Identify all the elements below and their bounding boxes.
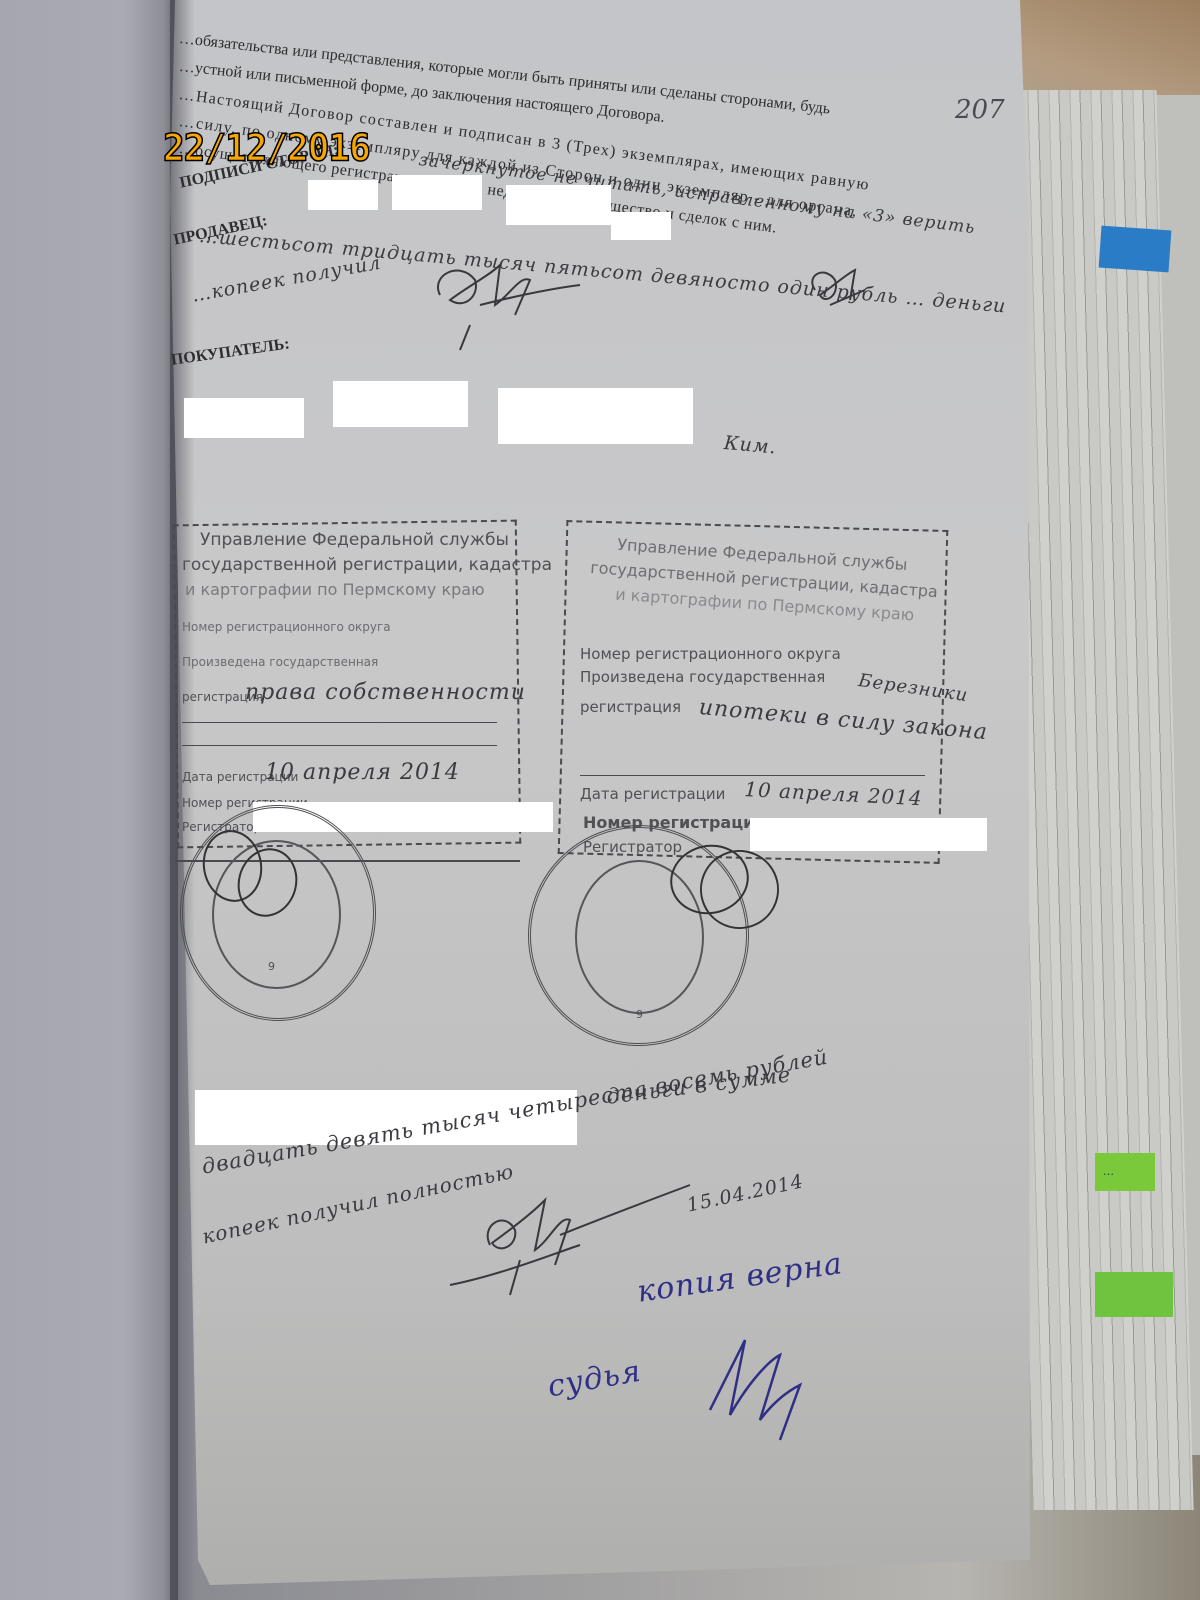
redacted-block xyxy=(750,818,987,851)
redacted-block xyxy=(392,175,482,210)
green-sticky-tab: … xyxy=(1095,1153,1155,1191)
seller-initials xyxy=(805,260,885,340)
buyer-mark: Ким. xyxy=(723,432,777,459)
form-line xyxy=(182,722,497,723)
stamp-field-label: Номер регистрационного округа xyxy=(182,620,391,634)
redacted-block xyxy=(611,212,671,240)
stamp-field-label: Произведена государственная xyxy=(182,655,378,669)
stamp-field-value: 10 апреля 2014 xyxy=(265,760,460,785)
judge-signature xyxy=(700,1330,810,1440)
redacted-block xyxy=(333,381,468,427)
stamp-title-line: государственной регистрации, кадастра xyxy=(182,555,552,575)
camera-date-stamp: 22/12/2016 xyxy=(163,127,370,170)
stamp-field-label: Номер регистрационного округа xyxy=(580,645,841,663)
seller-signature xyxy=(420,255,590,355)
left-facing-page xyxy=(0,0,178,1600)
stamp-field-label: Произведена государственная xyxy=(580,668,825,686)
seal-center-number: 9 xyxy=(636,1008,643,1021)
redacted-block xyxy=(184,398,304,438)
stamp-field-label: Дата регистрации xyxy=(580,785,725,803)
stamp-field-label: регистрация xyxy=(580,698,681,716)
stamp-title-line: и картографии по Пермскому краю xyxy=(185,580,485,599)
seal-center-number: 9 xyxy=(268,960,275,973)
redacted-block xyxy=(308,180,378,210)
stamp-title-line: Управление Федеральной службы xyxy=(200,530,509,550)
redacted-block xyxy=(506,185,611,225)
form-line xyxy=(580,775,925,776)
form-line xyxy=(182,745,497,746)
redacted-block xyxy=(498,388,693,444)
blue-sticky-tab xyxy=(1099,226,1172,273)
stamp-field-value: права собственности xyxy=(245,680,526,705)
sheet-number: 207 xyxy=(955,95,1005,125)
green-sticky-tab xyxy=(1095,1272,1173,1317)
